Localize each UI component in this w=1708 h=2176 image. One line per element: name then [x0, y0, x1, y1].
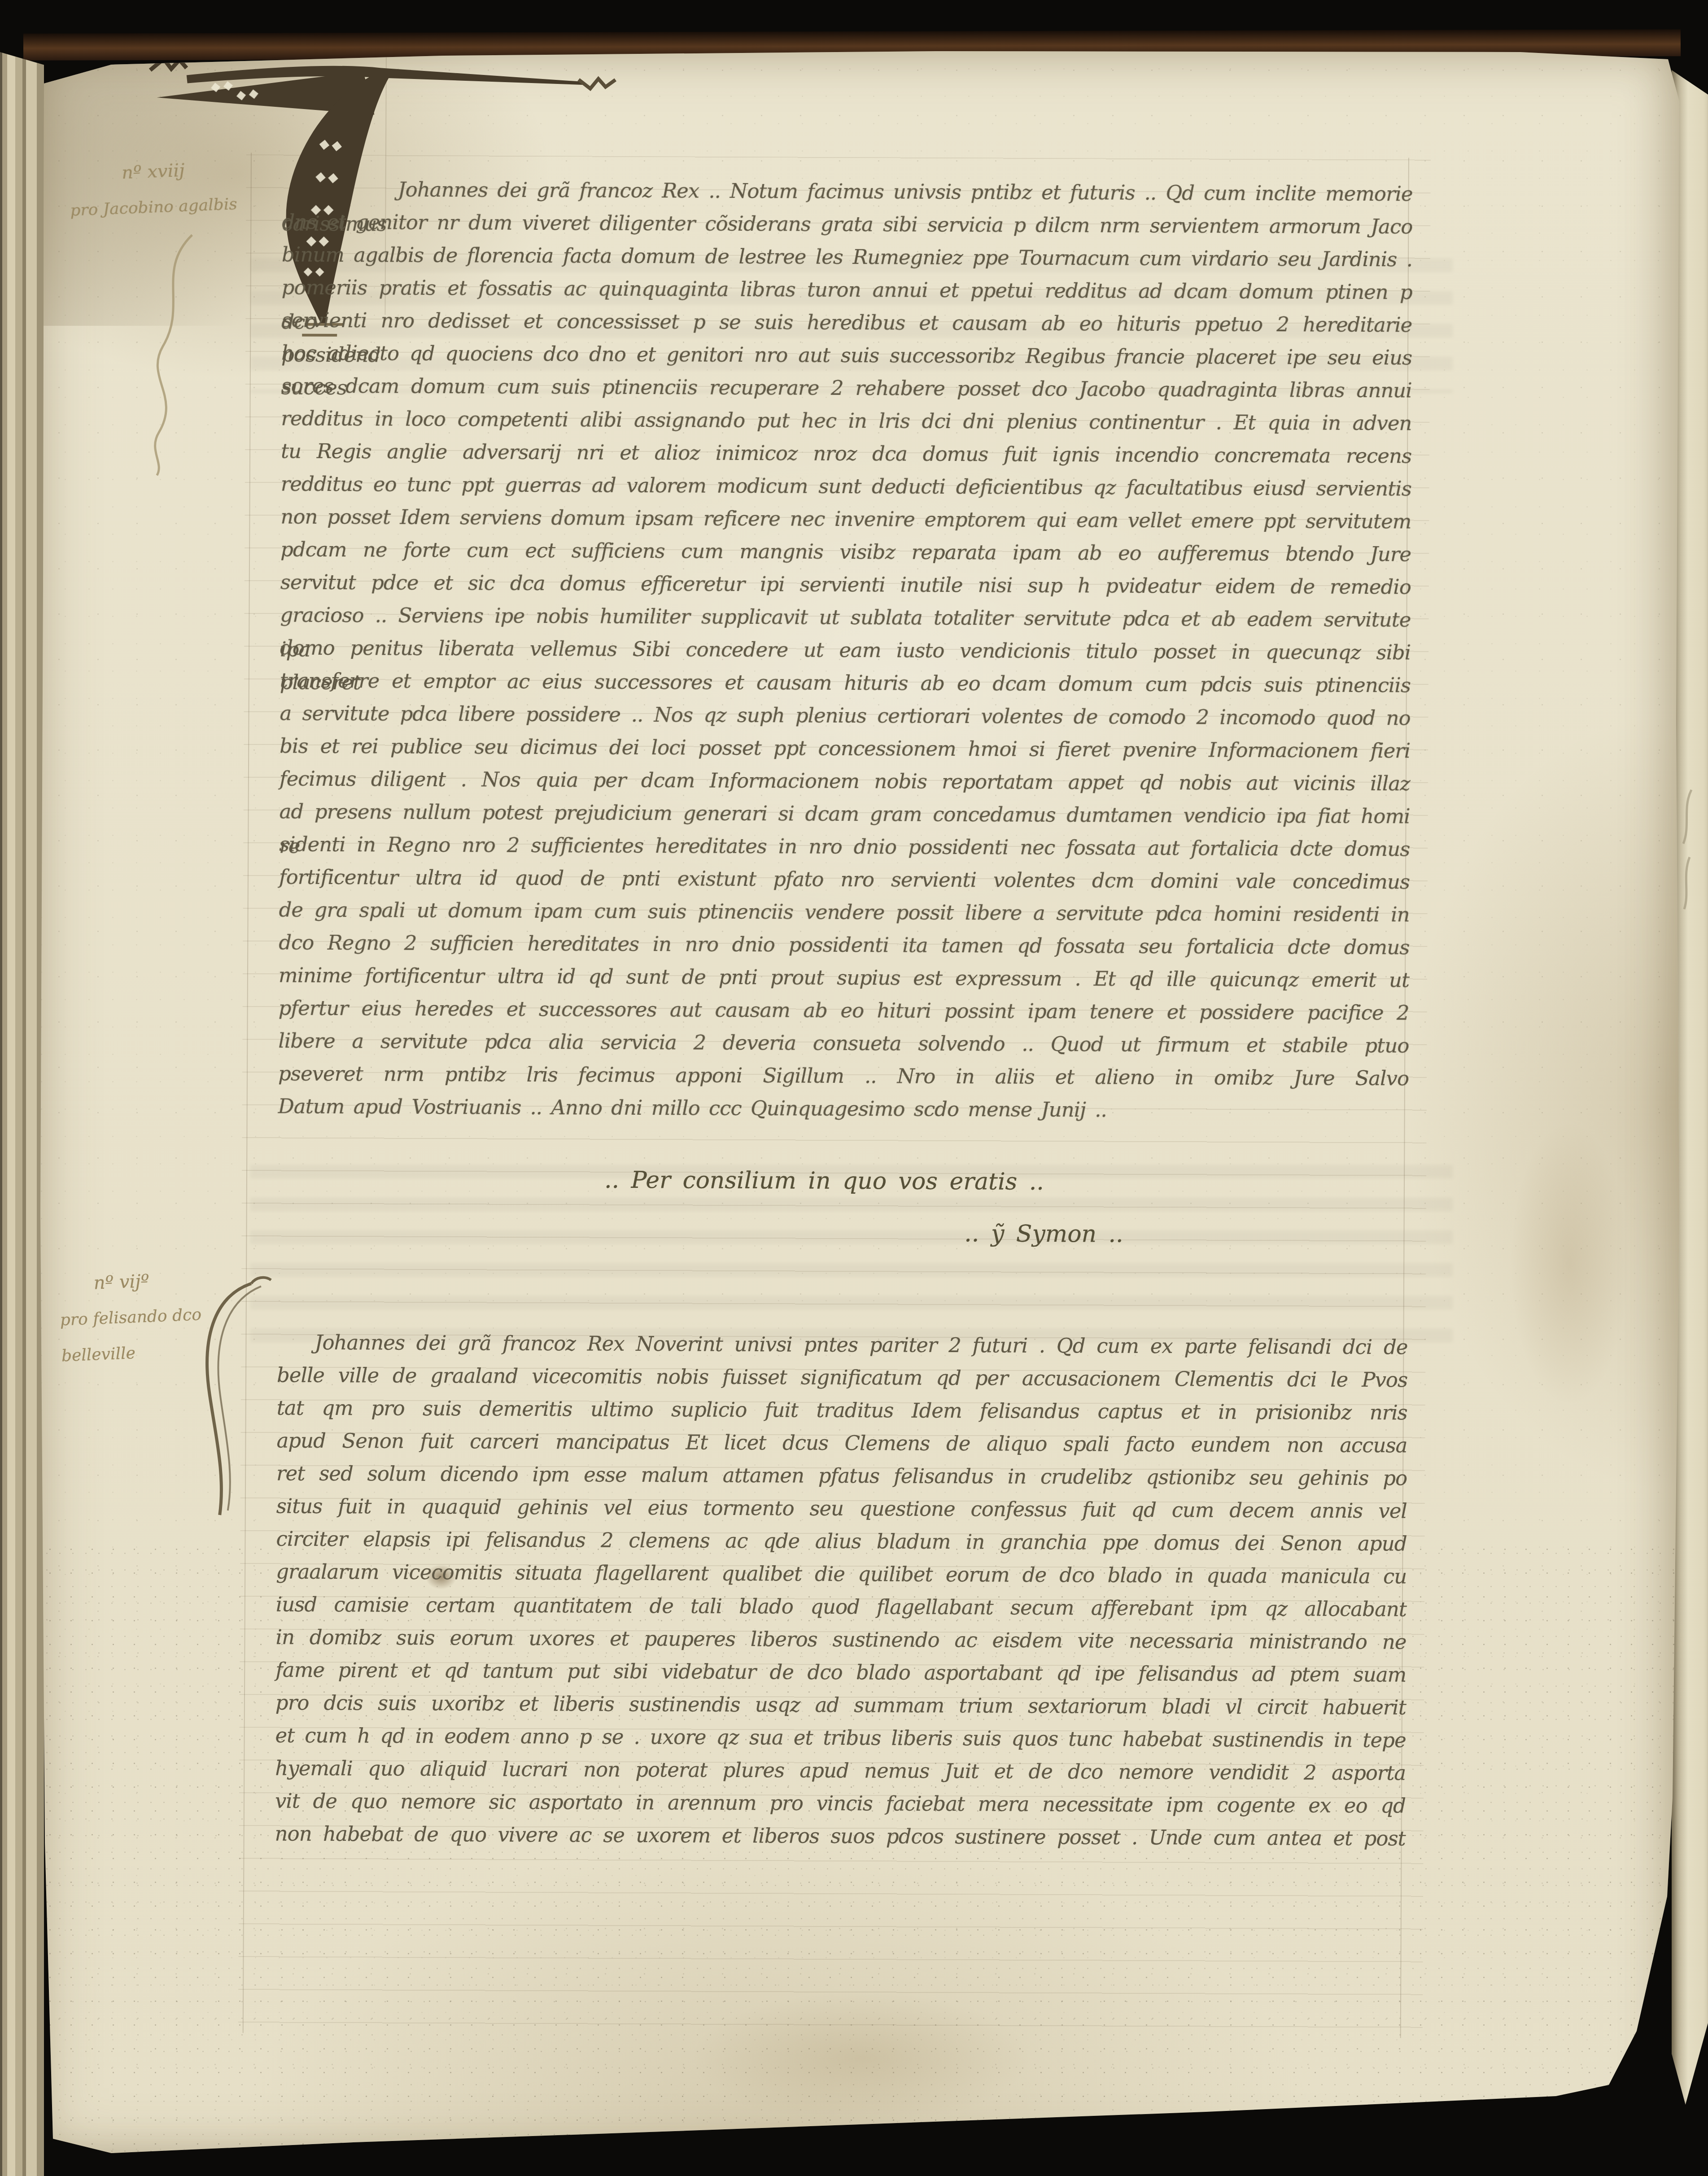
text-line: ad presens nullum potest prejudicium gen… [279, 794, 1410, 832]
text-line: minime fortificentur ultra id qd sunt de… [279, 958, 1409, 995]
text-line: fecimus diligent . Nos quia per dcam Inf… [280, 761, 1410, 799]
text-line: situs fuit in quaquid gehinis vel eius t… [276, 1489, 1407, 1526]
text-line: vit de quo nemore sic asportato in arenn… [275, 1783, 1406, 1821]
text-line: de gra spali ut domum ipam cum suis ptin… [279, 892, 1409, 930]
text-line: sores dcam domum cum suis ptinenciis rec… [281, 368, 1412, 406]
text-line: iusd camisie certam quantitatem de tali … [276, 1587, 1407, 1624]
parchment-page: nº xviijpro Jacobino agalbis nº vijºpro … [39, 48, 1682, 2158]
text-line: tu Regis anglie adversarij nri et alioz … [281, 433, 1411, 471]
subscription-signature: .. ỹ Symon .. [904, 1220, 1183, 1248]
entry2-text: Johannes dei grã francoz Rex Noverint un… [275, 1325, 1408, 1854]
text-line: redditus eo tunc ppt guerras ad valorem … [281, 466, 1411, 504]
text-line: pomeriis pratis et fossatis ac quinquagi… [282, 270, 1412, 307]
text-line: Datum apud Vostriuanis .. Anno dni millo… [278, 1089, 1409, 1126]
margin-paraph-flourish [137, 229, 214, 481]
text-line: transferre et emptor ac eius successores… [280, 663, 1411, 701]
margin-note-entry2: nº vijºpro felisando dcobelleville [58, 1257, 313, 1375]
text-line: in domibz suis eorum uxores et pauperes … [275, 1620, 1406, 1657]
text-line: belle ville de graaland vicecomitis nobi… [277, 1357, 1407, 1395]
margin-note-entry1: nº xviijpro Jacobino agalbis [68, 148, 304, 228]
text-line: non posset Idem serviens domum ipsam ref… [280, 499, 1411, 537]
text-line: hoc adiecto qd quociens dco dno et genit… [281, 335, 1412, 373]
subscription-per-consilium: .. Per consilium in quo vos eratis .. [559, 1166, 1089, 1195]
page-content: nº xviijpro Jacobino agalbis nº vijºpro … [35, 44, 1686, 2161]
text-line: servienti nro dedisset et concessisset p… [281, 302, 1412, 340]
text-line: pseveret nrm pntibz lris fecimus apponi … [278, 1056, 1409, 1094]
text-line: a servitute pdca libere possidere .. Nos… [280, 696, 1410, 733]
text-line: gracioso .. Serviens ipe nobis humiliter… [280, 597, 1411, 635]
text-line: non habebat de quo vivere ac se uxorem e… [275, 1816, 1406, 1854]
entry1-text: Johannes dei grã francoz Rex .. Notum fa… [278, 171, 1413, 1126]
text-line: redditus in loco competenti alibi assign… [281, 401, 1411, 438]
manuscript-scan: nº xviijpro Jacobino agalbis nº vijºpro … [0, 0, 1708, 2176]
text-line: circiter elapsis ipi felisandus 2 clemen… [276, 1521, 1407, 1559]
text-line: hyemali quo aliquid lucrari non poterat … [275, 1751, 1406, 1788]
text-line: ret sed solum dicendo ipm esse malum att… [276, 1456, 1407, 1493]
text-line: tat qm pro suis demeritis ultimo suplici… [277, 1390, 1407, 1428]
text-line: Johannes dei grã francoz Rex .. Notum fa… [282, 171, 1412, 209]
text-line: sidenti in Regno nro 2 sufficientes here… [279, 827, 1410, 864]
left-page-edges [0, 52, 44, 2176]
text-line: graalarum vicecomitis situata flagellare… [276, 1554, 1407, 1592]
text-line: dco Regno 2 sufficien hereditates in nro… [279, 925, 1409, 963]
text-line: binum agalbis de florencia facta domum d… [282, 237, 1412, 275]
text-line: pro dcis suis uxoribz et liberis sustine… [275, 1685, 1406, 1723]
text-line: domo penitus liberata vellemus Sibi conc… [280, 630, 1411, 668]
text-line: pfertur eius heredes et successores aut … [279, 990, 1409, 1028]
text-line: pdcam ne forte cum ect sufficiens cum ma… [280, 532, 1411, 569]
text-line: apud Senon fuit carceri mancipatus Et li… [276, 1423, 1407, 1461]
text-line: dns et genitor nr dum viveret diligenter… [282, 204, 1412, 242]
text-line: fortificentur ultra id quod de pnti exis… [279, 859, 1410, 897]
text-line: bis et rei publice seu dicimus dei loci … [280, 728, 1410, 766]
text-line: Johannes dei grã francoz Rex Noverint un… [277, 1325, 1407, 1362]
text-line: servitut pdce et sic dca domus efficeret… [280, 565, 1411, 602]
text-line: fame pirent et qd tantum put sibi videba… [275, 1652, 1406, 1690]
text-line: et cum h qd in eodem anno p se . uxore q… [275, 1718, 1406, 1756]
text-line: libere a servitute pdca alia servicia 2 … [278, 1023, 1409, 1061]
